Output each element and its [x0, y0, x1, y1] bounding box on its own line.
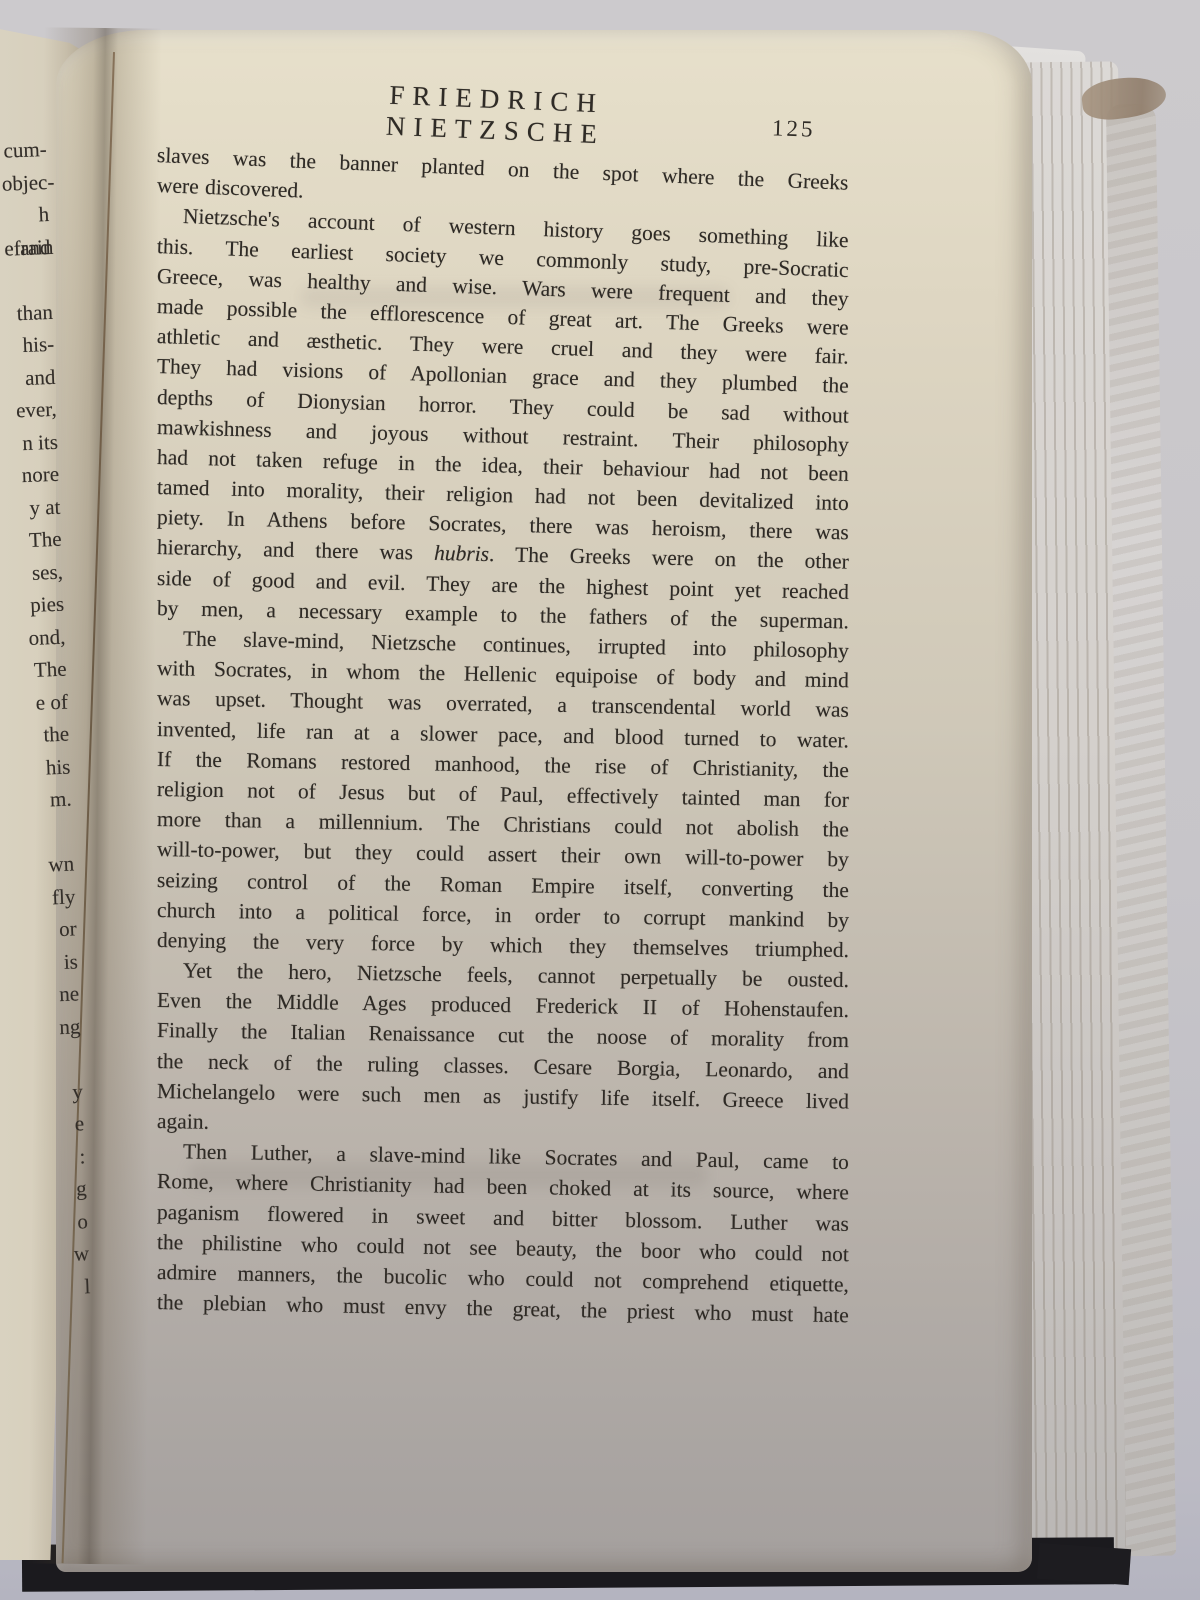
left-page-text-fragment: y — [36, 1075, 83, 1109]
left-page-text-fragment: o — [41, 1205, 88, 1239]
left-page-text-fragment: h and — [3, 198, 50, 232]
left-page-text-fragment: g — [40, 1172, 87, 1206]
left-page-text-fragment: efrain — [4, 230, 51, 264]
book-cover-corner — [1037, 1543, 1131, 1585]
left-page-text-fragment — [35, 1042, 82, 1076]
left-page-text-fragment: ng — [34, 1010, 81, 1044]
left-page-text-fragment: pies — [18, 588, 65, 622]
left-page-text-fragment: The — [15, 523, 62, 557]
italic-word: hubris — [434, 541, 489, 566]
left-page-text-fragment: his- — [8, 328, 55, 362]
left-page-text-fragment: wn — [27, 847, 74, 881]
left-page-text-fragment: ever, — [10, 393, 57, 427]
left-page-text-fragment — [5, 263, 52, 297]
book-photo: FRIEDRICH NIETZSCHE 125 cum- objec- h an… — [0, 0, 1200, 1600]
left-page-text-fragment: ond, — [19, 620, 66, 654]
left-page-text-fragment: m. — [25, 783, 72, 817]
left-page-text-fragment: or — [30, 912, 77, 946]
page-number: 125 — [772, 115, 816, 143]
left-page-text-fragment: n its — [11, 425, 58, 459]
left-page-text-fragment: e of — [21, 685, 68, 719]
left-page-text-fragment: e — [37, 1107, 84, 1141]
left-page-text-fragment: is — [31, 945, 78, 979]
left-page-text-fragment: The — [20, 653, 67, 687]
left-page-text-fragment: : — [39, 1140, 86, 1174]
left-page-text-fragment: y at — [14, 490, 61, 524]
left-page-text-fragment: his — [24, 750, 71, 784]
left-page-text-fragment: objec- — [1, 165, 48, 199]
left-page-text-fragment: ne — [32, 977, 79, 1011]
left-page-text-fragment: fly — [29, 880, 76, 914]
left-page-text-fragment: ses, — [16, 555, 63, 589]
left-page-text-fragment: than — [6, 295, 53, 329]
page-body-text: slaves was the banner planted on the spo… — [157, 140, 849, 1317]
left-page-text-fragment — [26, 815, 73, 849]
left-page-text-fragment: w — [42, 1237, 89, 1271]
left-page-text-fragment: and — [9, 360, 56, 394]
left-page-text-fragment: nore — [13, 458, 60, 492]
left-page-text-fragment: l — [44, 1270, 91, 1304]
left-page-text-fragment: the — [22, 718, 69, 752]
left-page-text-fragment: cum- — [0, 133, 47, 167]
